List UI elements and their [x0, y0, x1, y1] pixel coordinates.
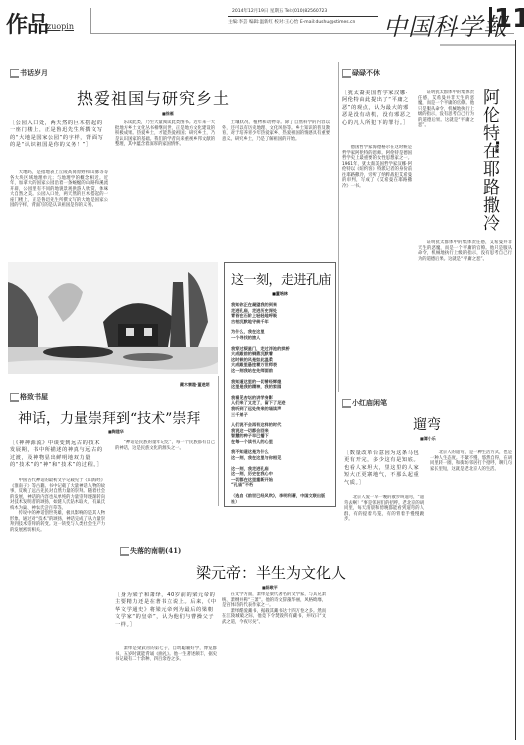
body-myth-col1: 中国古代神话的最初文字记载见于《山海经》《淮南子》等古籍。书中记载了大量神话人物… — [10, 478, 105, 740]
page-number: 11 — [494, 4, 524, 34]
poem-stanza: 这一刻，我走进孔庙 这一刻，历史在我心中 一切都在这里重新开始 “孔庙”不朽 — [231, 466, 329, 488]
top-rule — [440, 44, 515, 46]
body-bend-col2: 北京人的遛弯，是一种生活方式，也是一种人生态度。不紧不慢，悠然自得，在胡同里转一… — [430, 450, 512, 740]
kicker-box-icon — [10, 69, 19, 78]
kicker-bend: 小红庙闲笔 — [342, 398, 387, 408]
poem-source-note: （选自《前世已经风吹》，李明利著，中国文联出版社） — [231, 493, 329, 504]
poem-stanza: 我穿过棂星门，走过泮池的拱桥 大成殿前的铜鼎沉默着 这时候的风是如此温柔 大成殿… — [231, 346, 329, 374]
poem-stanza: 我不知道这是为什么 这一刻，我在这里与你相见 — [231, 449, 329, 460]
body-liang-col1: 萧绎是梁武帝的第七子，自幼聪颖好学，博览群书，五岁时就能背诵《曲礼》。他一生著述… — [115, 646, 217, 740]
lead-main: ［公园入口处，两天然的巨木搭起的一座门楼上，正是鲁迅先生所撰文写的“大地是国家公… — [10, 120, 108, 166]
headline-arendt: 阿伦特在耶路撒冷 — [479, 88, 499, 232]
issue-date-line: 2014年12月19日 星期五 Tel:(010)82560723 — [232, 8, 327, 14]
body-bend-col1: 北京人爱一早一晚的散步叫遛弯，“遛弯去啊！”事是邻居们的招呼。老北京的胡同里，每… — [344, 495, 424, 740]
body-arendt-col3: 证明犹太群体中的集体责任感，艾希曼并非天生的恶魔，而是一个平庸的官僚。他只是服从… — [418, 240, 512, 395]
byline-main: ■徐雁 — [162, 111, 174, 117]
painting-caption: 藏木寨趣·董遂炳 — [180, 382, 210, 388]
headline-main: 热爱祖国与研究乡土 — [77, 86, 230, 109]
lead-liang: ［身为梁子和萧绎，40岁前的梁元帝的主要精力还是在著书立说上。后来，《中华文学通… — [115, 592, 217, 644]
info-rule — [228, 16, 378, 17]
poem-body: 我知你正在凝望我的到来 走进孔庙，走进历史深处 青苔在石阶上轻轻地呼吸 古柏沉默… — [231, 302, 329, 488]
body-main-col1: 大地吗，是指地表上丘陵高岗原野和山脉等等各大块区域地理单元；与地理学的概念相近。… — [10, 170, 108, 258]
kicker-liang: 失落的南朝(41) — [120, 546, 181, 556]
kicker-box-icon — [10, 393, 19, 402]
headline-myth: 神话，力量崇拜到“技术”崇拜 — [18, 408, 200, 428]
poem-stanza: 人们说不会再有这样的时代 我说这一切都会回来 智慧的种子早已播下 在每一个读书人… — [231, 422, 329, 444]
byline-liang: ■陈歌平 — [262, 585, 278, 591]
headline-liang: 梁元帝：半生为文化人 — [196, 562, 346, 583]
kicker-box-icon — [120, 547, 129, 556]
page-edge-rule — [515, 40, 516, 740]
poem-title: 这一刻，走进孔庙 — [231, 269, 329, 288]
lead-bend: ［数量改革台意因为这条马包更有开完，多少这有是知底。也看人家坦大，里这里的人家短… — [344, 450, 422, 492]
body-main-col3: 土壤状况、植物和动物等。除了自然科学的内容以外，还可以有历史地理、文化风俗等。乡… — [222, 120, 330, 255]
body-myth-col2: “神话是民族的童年记忆”，每一个民族都有自己的神话，这是民族文化的源头之一。 — [115, 440, 215, 502]
page-number-bar — [489, 7, 492, 33]
column-divider — [338, 62, 339, 392]
byline-bend: ■谭小乐 — [420, 436, 436, 442]
body-arendt-col1: 德国哲学家海德格尔在这时候是哲学家阿伦特的恩师。阿伦特是德国哲学史上最重要的女性… — [342, 145, 412, 395]
byline-myth: ■陶建华 — [108, 429, 124, 435]
column-divider — [218, 376, 219, 506]
masthead-divider — [90, 8, 91, 34]
kicker-myth: 格致书屋 — [10, 392, 48, 402]
poem-box: 这一刻，走进孔庙 ■董培林 我知你正在凝望我的到来 走进孔庙，走进历史深处 青苔… — [224, 262, 336, 507]
ink-painting-image — [8, 262, 218, 374]
byline-arendt: ■唐鹰 — [494, 140, 500, 153]
kicker-box-icon — [342, 69, 351, 78]
body-liang-col2: 在文学方面，萧绎是梁代著名的文学家，与其兄萧统、萧纲并称“三萧”。他的诗文辞藻华… — [222, 592, 326, 740]
body-liang-col3 — [330, 592, 340, 740]
kicker-main: 书话岁月 — [10, 68, 48, 78]
poem-author: ■董培林 — [231, 291, 329, 297]
poem-stanza: 我知道这里的一切曾经辉煌 这里是我的精神，我的家园 — [231, 379, 329, 390]
section-pinyin: zuopin — [47, 22, 74, 31]
painting-illustration-icon — [8, 262, 218, 374]
kicker-box-icon — [342, 399, 351, 408]
headline-bend: 遛弯 — [413, 414, 441, 434]
body-main-col2: 乐读此类，乃至大量阅读此类图书。近年来一大批地方乡土文化丛书相继问世，正是地方文… — [115, 120, 215, 258]
poem-stanza: 为什么，我在这里 一个寻找的旅人 — [231, 329, 329, 340]
section-name: 作品 — [6, 8, 48, 39]
body-arendt-col2: 证明犹太群体中的集体责任感，艾希曼并非天生的恶魔，而是一个平庸的官僚。他只是服从… — [418, 90, 474, 240]
lead-arendt: ［犹太裔美国哲学家汉娜·阿伦特由此提出了“平庸之恶”的观点，认为最大的邪恶是没有… — [342, 90, 412, 140]
editor-line: 主编:李芸 编辑:温新红 校对:王心怡 E-mail:dushu@stimes.… — [228, 19, 355, 25]
lead-myth: ［《神神源流》中谈变到远古的技术发展期，书中所描述的神真与远古的过渡，及神物显出… — [10, 440, 105, 476]
poem-stanza: 我看见杏坛的讲学身影 人们来了又走了，留下了足迹 我听到了远处传来的诵读声 三千… — [231, 395, 329, 417]
masthead: 作品 zuopin 2014年12月19日 星期五 Tel:(010)82560… — [0, 0, 524, 38]
poem-stanza: 我知你正在凝望我的到来 走进孔庙，走进历史深处 青苔在石阶上轻轻地呼吸 古柏沉默… — [231, 302, 329, 324]
kicker-arendt: 碌碌不休 — [342, 68, 380, 78]
